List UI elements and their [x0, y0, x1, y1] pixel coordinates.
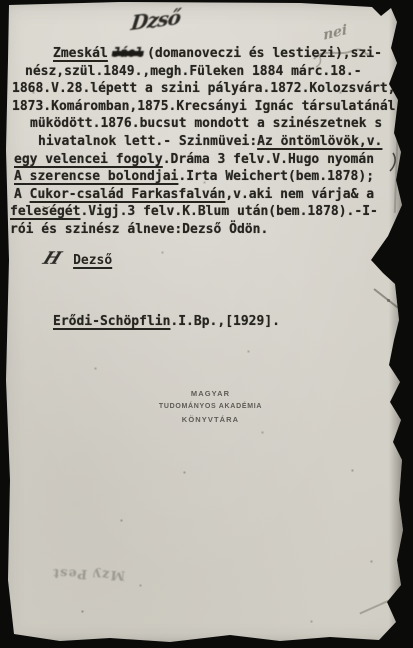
stamp-line: KÖNYVTÁRA: [138, 413, 283, 426]
text-segment: ,v.aki nem várja: [225, 187, 350, 202]
typed-line: A Cukor-család Farkasfalván,v.aki nem vá…: [10, 187, 374, 203]
alias-name: Dezső: [73, 253, 112, 268]
text-segment: .Irta Weichert(bem.1878);: [178, 169, 374, 184]
typed-line: egy velencei fogoly.Dráma 3 felv.V.Hugo …: [10, 152, 374, 168]
library-stamp: MAGYAR TUDOMÁNYOS AKADÉMIA KÖNYVTÁRA: [138, 387, 283, 426]
faint-reversed-note: Mzy Pest: [51, 565, 125, 583]
paper-crease: [359, 596, 398, 615]
text-segment: müködött.1876.bucsut mondott a szinészet…: [30, 116, 382, 131]
text-segment: (domanoveczi és lestiezi),szi-: [147, 46, 382, 61]
stamp-line: TUDOMÁNYOS AKADÉMIA: [138, 400, 283, 413]
typed-line: nész,szül.1849.,megh.Füleken 1884 márc.1…: [10, 64, 362, 80]
text-segment: a: [358, 187, 374, 202]
work-title: Cukor-család Farkasfalván: [30, 187, 226, 202]
scan-background: Dzső nei ZmeskálJáol(domanoveczi és lest…: [0, 0, 413, 648]
typed-line: rói és szinész álneve:Dezső Ödön.: [10, 222, 268, 238]
pen-caret-mark: ‿: [43, 196, 50, 209]
work-title: A szerencse bolondjai: [14, 169, 178, 184]
text-segment: nész,szül.1849.,megh.Füleken 1884 márc.1…: [25, 64, 362, 79]
typed-line: müködött.1876.bucsut mondott a szinészet…: [10, 116, 382, 132]
typed-line: A szerencse bolondjai.Irta Weichert(bem.…: [10, 169, 374, 185]
crossed-out-word: Jáol: [110, 46, 144, 62]
overtyped-character: &: [351, 187, 359, 202]
work-title: Az öntömlövök,v.: [257, 134, 382, 149]
text-segment: 1868.V.28.lépett a szini pályára.1872.Ko…: [12, 81, 396, 96]
typed-line: hivatalnok lett.- Szinmüvei:Az öntömlövö…: [10, 134, 382, 150]
entry-headword: Zmeskál: [53, 46, 108, 61]
scanned-card: Dzső nei ZmeskálJáol(domanoveczi és lest…: [0, 0, 413, 648]
text-segment: A: [14, 187, 30, 202]
reference-source: Erődi-Schöpflin: [53, 314, 170, 329]
alias-row: HDezső: [44, 249, 112, 269]
torn-edge-shading: [389, 0, 409, 648]
typed-line: 1873.Komáromban,1875.Krecsányi Ignác tár…: [10, 99, 396, 115]
typed-line: ZmeskálJáol(domanoveczi és lestiezi),szi…: [10, 46, 382, 62]
stamp-line: MAGYAR: [138, 387, 283, 400]
reference-line: Erődi-Schöpflin.I.Bp.,[1929].: [53, 314, 280, 330]
text-segment: .Dráma 3 felv.V.Hugo nyomán: [163, 152, 374, 167]
text-segment: hivatalnok lett.- Szinmüvei:: [38, 134, 257, 149]
text-segment: .I.Bp.,[1929].: [170, 314, 280, 329]
handwritten-note-top: Dzső: [130, 5, 182, 36]
pen-tick-mark: [388, 151, 400, 175]
pencil-note: nei: [323, 22, 348, 44]
work-title: egy velencei fogoly: [14, 152, 163, 167]
paper-texture: [0, 0, 1, 1]
text-segment: rói és szinész álneve:Dezső Ödön.: [10, 222, 268, 237]
typed-line: 1868.V.28.lépett a szini pályára.1872.Ko…: [10, 81, 396, 97]
text-segment: 1873.Komáromban,1875.Krecsányi Ignác tár…: [12, 99, 396, 114]
text-segment: .Vigj.3 felv.K.Blum után(bem.1878).-I-: [80, 204, 377, 219]
handwritten-h-mark: H: [40, 249, 64, 269]
typed-line: feleségét.Vigj.3 felv.K.Blum után(bem.18…: [10, 204, 378, 220]
